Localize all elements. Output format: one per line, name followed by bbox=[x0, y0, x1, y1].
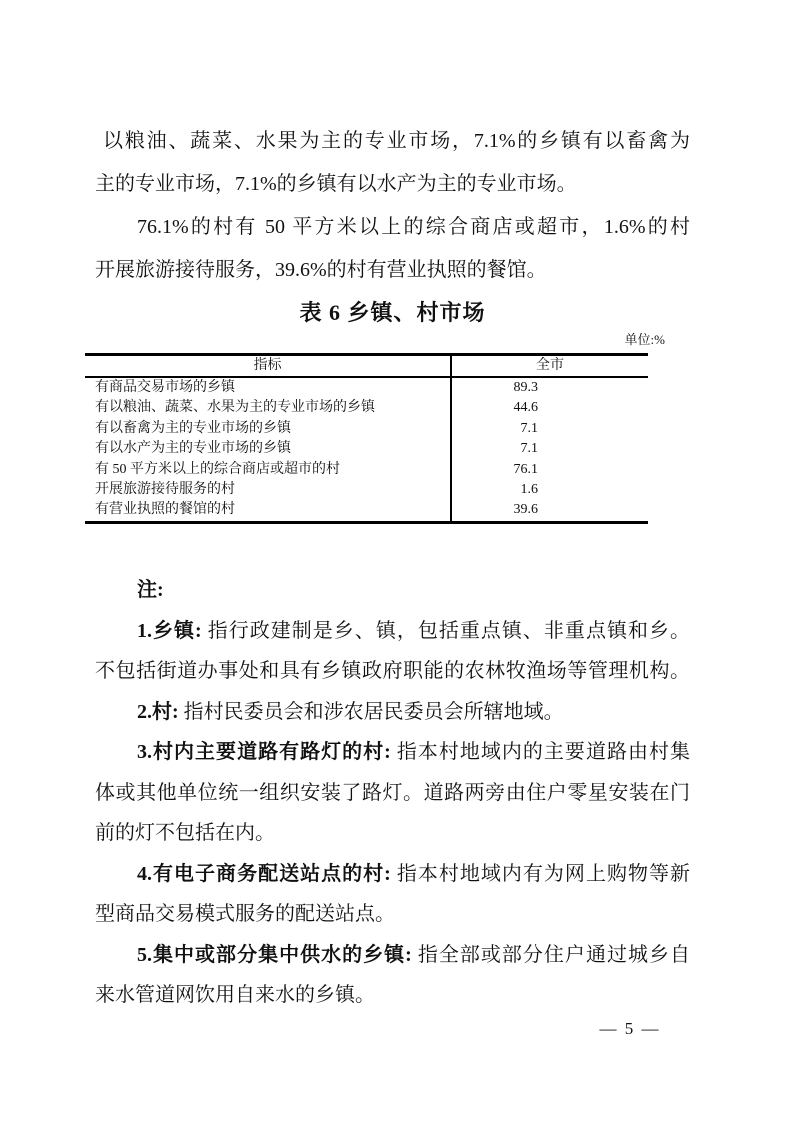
row-indicator-label: 有 50 平方米以上的综合商店或超市的村 bbox=[85, 460, 452, 480]
table-header-indicator: 指标 bbox=[85, 356, 452, 376]
row-citywide-value: 1.6 bbox=[452, 480, 648, 500]
row-indicator-label: 有以水产为主的专业市场的乡镇 bbox=[85, 439, 452, 459]
note-line: 5.集中或部分集中供水的乡镇: 指全部或部分住户通过城乡自 bbox=[95, 935, 690, 976]
note-line: 2.村: 指村民委员会和涉农居民委员会所辖地域。 bbox=[95, 692, 690, 733]
row-indicator-label: 有以畜禽为主的专业市场的乡镇 bbox=[85, 419, 452, 439]
row-citywide-value: 76.1 bbox=[452, 460, 648, 480]
body-line: 以粮油、蔬菜、水果为主的专业市场，7.1%的乡镇有以畜禽为 bbox=[95, 120, 690, 163]
row-indicator-label: 有以粮油、蔬菜、水果为主的专业市场的乡镇 bbox=[85, 398, 452, 418]
table-row: 有商品交易市场的乡镇89.3 bbox=[85, 378, 648, 398]
body-line: 主的专业市场，7.1%的乡镇有以水产为主的专业市场。 bbox=[95, 163, 690, 206]
note-line: 3.村内主要道路有路灯的村: 指本村地域内的主要道路由村集 bbox=[95, 732, 690, 773]
note-term-label: 2.村: bbox=[137, 701, 179, 723]
table-unit-label: 单位:% bbox=[85, 329, 665, 348]
body-text: 以粮油、蔬菜、水果为主的专业市场，7.1%的乡镇有以畜禽为主的专业市场，7.1%… bbox=[95, 120, 690, 292]
page-number: — 5 — bbox=[580, 1019, 680, 1039]
note-line: 型商品交易模式服务的配送站点。 bbox=[95, 894, 690, 935]
table-header-citywide: 全市 bbox=[452, 356, 648, 376]
row-citywide-value: 44.6 bbox=[452, 398, 648, 418]
note-term-label: 1.乡镇: bbox=[137, 620, 202, 642]
table-row: 有以水产为主的专业市场的乡镇7.1 bbox=[85, 439, 648, 459]
table-header-row: 指标 全市 bbox=[85, 356, 648, 378]
note-line: 不包括街道办事处和具有乡镇政府职能的农林牧渔场等管理机构。 bbox=[95, 651, 690, 692]
table-row: 有 50 平方米以上的综合商店或超市的村76.1 bbox=[85, 460, 648, 480]
body-line: 76.1%的村有 50 平方米以上的综合商店或超市，1.6%的村 bbox=[95, 206, 690, 249]
note-term-label: 5.集中或部分集中供水的乡镇: bbox=[137, 944, 412, 966]
table-row: 有以畜禽为主的专业市场的乡镇7.1 bbox=[85, 419, 648, 439]
row-indicator-label: 有商品交易市场的乡镇 bbox=[85, 378, 452, 398]
row-citywide-value: 39.6 bbox=[452, 500, 648, 520]
note-term-label: 4.有电子商务配送站点的村: bbox=[137, 863, 391, 885]
row-citywide-value: 7.1 bbox=[452, 439, 648, 459]
body-line: 开展旅游接待服务，39.6%的村有营业执照的餐馆。 bbox=[95, 249, 690, 292]
table-body: 有商品交易市场的乡镇89.3有以粮油、蔬菜、水果为主的专业市场的乡镇44.6有以… bbox=[85, 378, 648, 521]
row-citywide-value: 89.3 bbox=[452, 378, 648, 398]
note-line: 4.有电子商务配送站点的村: 指本村地域内有为网上购物等新 bbox=[95, 854, 690, 895]
statistics-table: 指标 全市 有商品交易市场的乡镇89.3有以粮油、蔬菜、水果为主的专业市场的乡镇… bbox=[85, 353, 648, 524]
note-term-label: 3.村内主要道路有路灯的村: bbox=[137, 741, 391, 763]
note-line: 来水管道网饮用自来水的乡镇。 bbox=[95, 975, 690, 1016]
document-page: 以粮油、蔬菜、水果为主的专业市场，7.1%的乡镇有以畜禽为主的专业市场，7.1%… bbox=[0, 0, 793, 1122]
note-line: 体或其他单位统一组织安装了路灯。道路两旁由住户零星安装在门 bbox=[95, 773, 690, 814]
table-row: 有以粮油、蔬菜、水果为主的专业市场的乡镇44.6 bbox=[85, 398, 648, 418]
note-line: 1.乡镇: 指行政建制是乡、镇，包括重点镇、非重点镇和乡。 bbox=[95, 611, 690, 652]
row-indicator-label: 开展旅游接待服务的村 bbox=[85, 480, 452, 500]
notes-section: 注:1.乡镇: 指行政建制是乡、镇，包括重点镇、非重点镇和乡。不包括街道办事处和… bbox=[95, 570, 690, 1016]
row-indicator-label: 有营业执照的餐馆的村 bbox=[85, 500, 452, 520]
note-line: 前的灯不包括在内。 bbox=[95, 813, 690, 854]
row-citywide-value: 7.1 bbox=[452, 419, 648, 439]
table-row: 有营业执照的餐馆的村39.6 bbox=[85, 500, 648, 520]
table-row: 开展旅游接待服务的村1.6 bbox=[85, 480, 648, 500]
note-term-label: 注: bbox=[137, 579, 164, 601]
note-line: 注: bbox=[95, 570, 690, 611]
table-title: 表 6 乡镇、村市场 bbox=[95, 296, 690, 327]
